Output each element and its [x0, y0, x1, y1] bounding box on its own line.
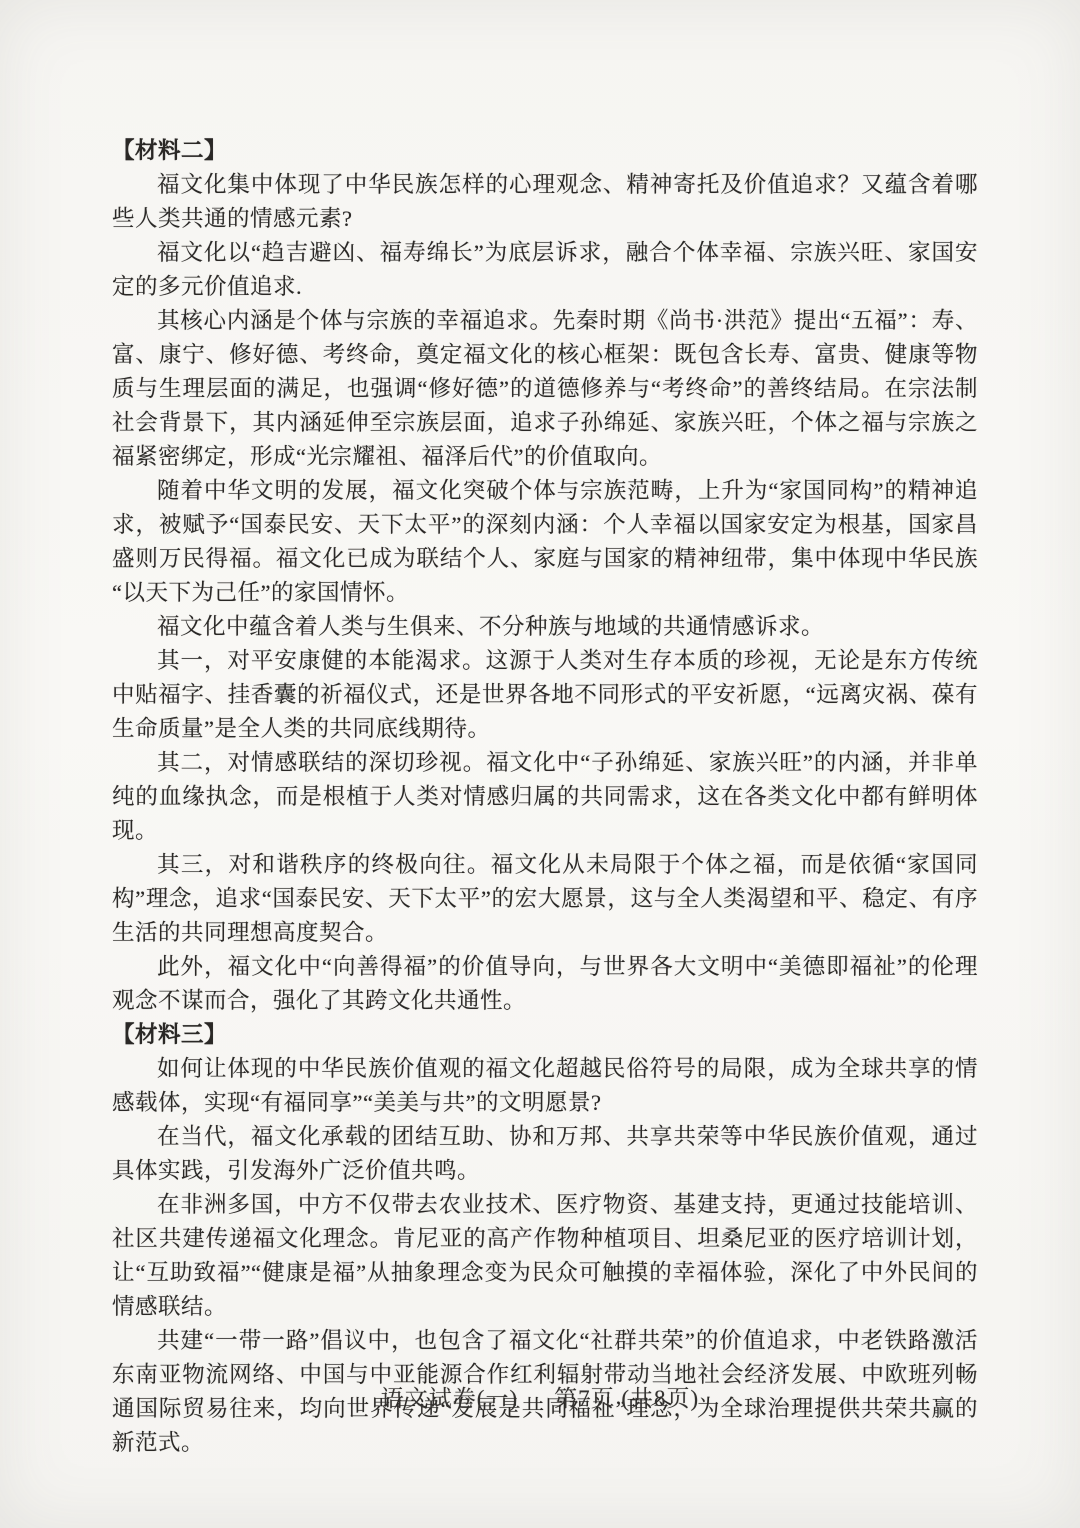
paragraph: 随着中华文明的发展，福文化突破个体与宗族范畴，上升为“家国同构”的精神追求，被赋…	[112, 474, 978, 610]
paragraph: 福文化中蕴含着人类与生俱来、不分种族与地域的共通情感诉求。	[112, 610, 978, 644]
material-2-heading: 【材料二】	[112, 134, 978, 168]
exam-paper-page: 【材料二】 福文化集中体现了中华民族怎样的心理观念、精神寄托及价值追求？又蕴含着…	[0, 0, 1080, 1528]
page-footer: 语文试卷(一)第7页 (共8页)	[0, 1380, 1080, 1413]
paragraph: 福文化集中体现了中华民族怎样的心理观念、精神寄托及价值追求？又蕴含着哪些人类共通…	[112, 168, 978, 236]
reading-materials: 【材料二】 福文化集中体现了中华民族怎样的心理观念、精神寄托及价值追求？又蕴含着…	[112, 134, 978, 1460]
paragraph: 福文化以“趋吉避凶、福寿绵长”为底层诉求，融合个体幸福、宗族兴旺、家国安定的多元…	[112, 236, 978, 304]
paragraph: 如何让体现的中华民族价值观的福文化超越民俗符号的局限，成为全球共享的情感载体，实…	[112, 1052, 978, 1120]
paragraph: 其二，对情感联结的深切珍视。福文化中“子孙绵延、家族兴旺”的内涵，并非单纯的血缘…	[112, 746, 978, 848]
paragraph: 其一，对平安康健的本能渴求。这源于人类对生存本质的珍视，无论是东方传统中贴福字、…	[112, 644, 978, 746]
material-3-heading: 【材料三】	[112, 1018, 978, 1052]
paragraph: 在当代，福文化承载的团结互助、协和万邦、共享共荣等中华民族价值观，通过具体实践，…	[112, 1120, 978, 1188]
paragraph: 在非洲多国，中方不仅带去农业技术、医疗物资、基建支持，更通过技能培训、社区共建传…	[112, 1188, 978, 1324]
paragraph: 其三，对和谐秩序的终极向往。福文化从未局限于个体之福，而是依循“家国同构”理念，…	[112, 848, 978, 950]
paragraph: 其核心内涵是个体与宗族的幸福追求。先秦时期《尚书·洪范》提出“五福”：寿、富、康…	[112, 304, 978, 474]
page-number: 第7页 (共8页)	[554, 1386, 699, 1411]
paragraph: 此外，福文化中“向善得福”的价值导向，与世界各大文明中“美德即福祉”的伦理观念不…	[112, 950, 978, 1018]
exam-title: 语文试卷(一)	[381, 1386, 518, 1411]
